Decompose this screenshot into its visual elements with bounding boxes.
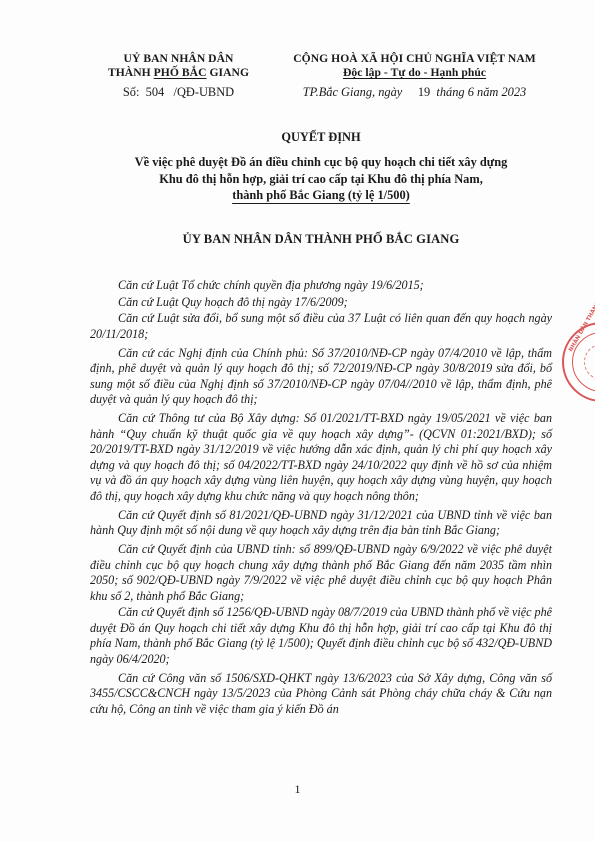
doc-number-suffix: /QĐ-UBND [174, 85, 235, 99]
document-number: Số: 504 /QĐ-UBND [86, 84, 271, 100]
authority-line-1: UỶ BAN NHÂN DÂN [86, 52, 271, 66]
preamble-paragraph: Căn cứ Thông tư của Bộ Xây dựng: Số 01/2… [90, 411, 552, 504]
preamble-paragraph: Căn cứ Quyết định của UBND tỉnh: số 899/… [90, 542, 552, 604]
doc-number-value: 504 [146, 85, 165, 99]
document-type: QUYẾT ĐỊNH [86, 130, 556, 145]
national-motto: Độc lập - Tự do - Hạnh phúc [343, 66, 486, 79]
authority-line-2-prefix: THÀNH [108, 66, 154, 79]
stamp-text: NHÂN DÂN THÀNH PHỐ [568, 287, 595, 353]
place-date: TP.Bắc Giang, ngày 19 tháng 6 năm 2023 [272, 84, 557, 100]
authority-line-2: THÀNH PHỐ BẮC GIANG [86, 66, 271, 80]
date-prefix: TP.Bắc Giang, ngày [303, 85, 403, 99]
preamble-paragraph: Căn cứ Quyết định số 1256/QĐ-UBND ngày 0… [90, 605, 552, 667]
preamble-paragraph: Căn cứ Luật sửa đổi, bổ sung một số điều… [90, 311, 552, 342]
document-subject: Về việc phê duyệt Đồ án điều chỉnh cục b… [86, 154, 556, 204]
preamble-paragraph: Căn cứ Quyết định số 81/2021/QĐ-UBND ngà… [90, 508, 552, 539]
doc-number-label: Số: [123, 85, 140, 99]
subject-line: Khu đô thị hỗn hợp, giải trí cao cấp tại… [86, 171, 556, 188]
preamble-paragraph: Căn cứ Công văn số 1506/SXD-QHKT ngày 13… [90, 671, 552, 718]
preamble-paragraph: Căn cứ Luật Tổ chức chính quyền địa phươ… [90, 278, 552, 294]
decision-authority: ỦY BAN NHÂN DÂN THÀNH PHỐ BẮC GIANG [86, 232, 556, 247]
page-number: 1 [0, 782, 595, 797]
issuing-authority-block: UỶ BAN NHÂN DÂN THÀNH PHỐ BẮC GIANG Số: … [86, 52, 271, 100]
authority-line-2-suffix: GIANG [207, 66, 250, 79]
national-header-block: CỘNG HOÀ XÃ HỘI CHỦ NGHĨA VIỆT NAM Độc l… [272, 52, 557, 100]
authority-line-2-underlined: PHỐ BẮC [154, 66, 207, 79]
preamble-paragraph: Căn cứ Luật Quy hoạch đô thị ngày 17/6/2… [90, 295, 552, 311]
date-day: 19 [418, 85, 430, 99]
nation-name: CỘNG HOÀ XÃ HỘI CHỦ NGHĨA VIỆT NAM [272, 52, 557, 66]
subject-line: Về việc phê duyệt Đồ án điều chỉnh cục b… [86, 154, 556, 171]
red-seal-stamp-icon: NHÂN DÂN THÀNH PHỐ [562, 322, 595, 402]
subject-line: thành phố Bắc Giang (tỷ lệ 1/500) [232, 188, 410, 202]
preamble: Căn cứ Luật Tổ chức chính quyền địa phươ… [90, 278, 552, 721]
preamble-paragraph: Căn cứ các Nghị định của Chính phủ: Số 3… [90, 346, 552, 408]
document-page: UỶ BAN NHÂN DÂN THÀNH PHỐ BẮC GIANG Số: … [0, 0, 595, 842]
date-suffix: tháng 6 năm 2023 [436, 85, 526, 99]
